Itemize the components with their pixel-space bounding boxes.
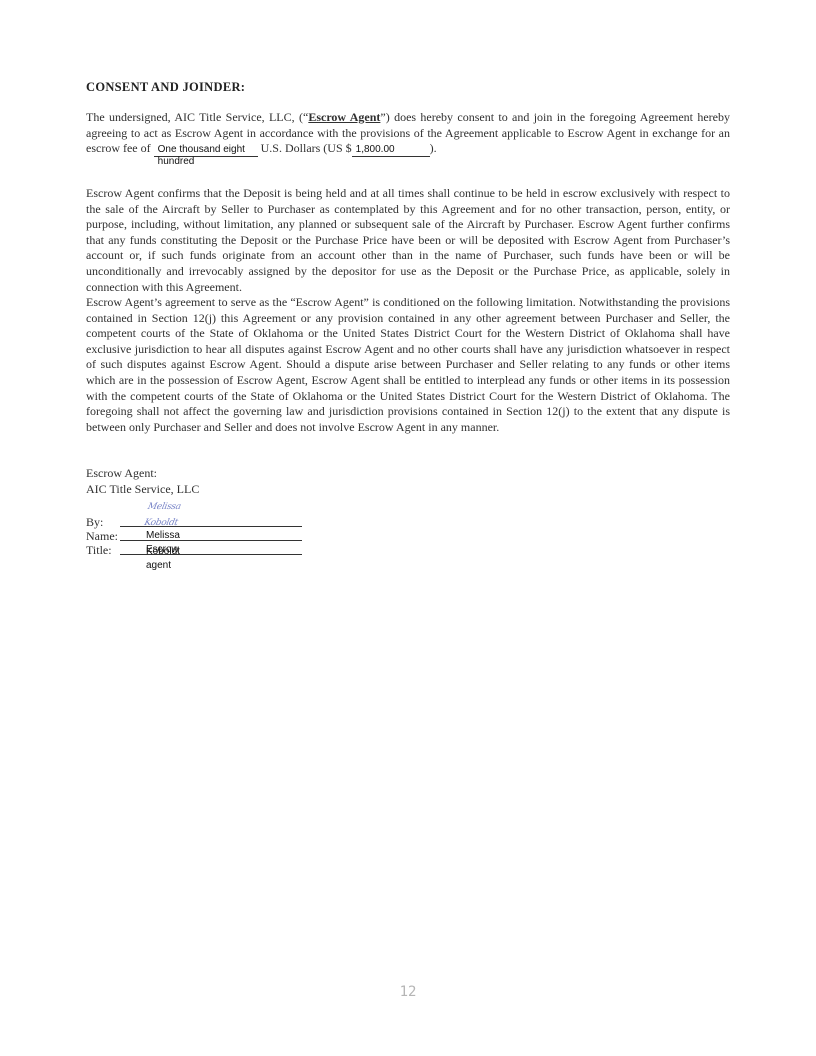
section-heading: CONSENT AND JOINDER: bbox=[86, 80, 245, 95]
consent-text-start: The undersigned, AIC Title Service, LLC,… bbox=[86, 110, 308, 124]
paragraph-deposit-confirmation: Escrow Agent confirms that the Deposit i… bbox=[86, 186, 730, 295]
title-label: Title: bbox=[86, 543, 112, 559]
signature-block: Escrow Agent: AIC Title Service, LLC By:… bbox=[86, 466, 199, 557]
signatory-company: AIC Title Service, LLC bbox=[86, 482, 199, 498]
consent-text-end: ). bbox=[430, 141, 437, 155]
paragraph-consent: The undersigned, AIC Title Service, LLC,… bbox=[86, 110, 730, 157]
paragraph-jurisdiction-limitation: Escrow Agent’s agreement to serve as the… bbox=[86, 295, 730, 435]
escrow-fee-words-line1: One thousand eight bbox=[158, 144, 245, 155]
escrow-fee-words-line2: hundred bbox=[158, 156, 195, 168]
escrow-fee-amount-field[interactable]: 1,800.00 bbox=[352, 144, 430, 157]
consent-text-middle: U.S. Dollars (US $ bbox=[258, 141, 352, 155]
signature-title-row: Title: Escrow agent bbox=[86, 543, 199, 557]
signature-by-row: By: Melissa Koboldt bbox=[86, 515, 199, 529]
title-field[interactable]: Escrow agent bbox=[146, 542, 199, 573]
defined-term-escrow-agent: Escrow Agent bbox=[308, 110, 380, 124]
signatory-role-label: Escrow Agent: bbox=[86, 466, 199, 482]
page-number: 12 bbox=[0, 984, 816, 1000]
handwritten-signature: Melissa Koboldt bbox=[143, 500, 203, 531]
escrow-fee-words-field[interactable]: One thousand eighthundred bbox=[154, 144, 258, 157]
signature-name-row: Name: Melissa Koboldt bbox=[86, 529, 199, 543]
